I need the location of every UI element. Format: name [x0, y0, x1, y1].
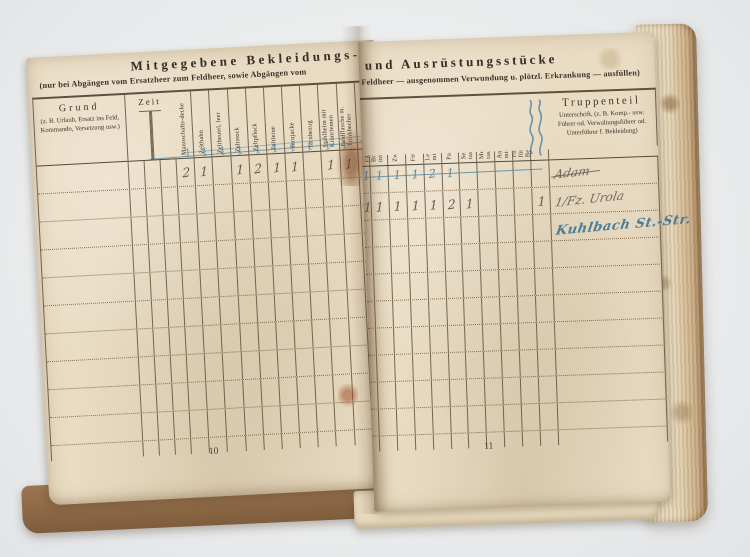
grund-sublabel: (z. B. Urlaub, Ersatz ins Feld, Kommando… — [34, 111, 126, 137]
item-cell — [325, 207, 345, 235]
grund-cell — [41, 246, 134, 278]
truppenteil-cell — [553, 265, 663, 295]
zeit-cell — [168, 299, 185, 327]
item-cell — [411, 300, 430, 327]
item-cell: 1 — [532, 187, 551, 214]
item-cell — [196, 185, 216, 213]
item-cell — [311, 291, 331, 319]
truppenteil-cell — [555, 318, 665, 348]
item-cell — [462, 217, 481, 244]
item-cell — [416, 435, 434, 451]
item-cell — [445, 244, 464, 271]
item-cell — [276, 321, 296, 349]
item-cell — [279, 377, 299, 405]
item-cell — [220, 296, 240, 324]
item-column-header: Fettbüchse — [406, 154, 424, 165]
item-cell — [479, 189, 498, 216]
item-column-label: Meldekarten-tasche — [478, 151, 493, 159]
zeit-cell — [137, 329, 154, 357]
right-table-header: Truppenteil Unterschrift, (z. B. Komp.- … — [360, 90, 658, 167]
truppenteil-cell: 1/Fz. Urola — [550, 184, 660, 214]
item-cell — [203, 325, 223, 353]
item-cell — [208, 409, 228, 437]
item-cell: 2 — [424, 164, 443, 191]
item-cell — [214, 184, 234, 212]
item-cell — [258, 322, 278, 350]
zeit-cell — [132, 217, 149, 245]
item-cell — [397, 408, 416, 435]
item-cell — [179, 214, 199, 242]
handwritten-count: 2 — [182, 164, 190, 180]
item-cell — [329, 291, 349, 319]
item-cell — [223, 352, 243, 380]
handwritten-count: 2 — [254, 160, 262, 176]
grund-column-header: Grund (z. B. Urlaub, Ersatz ins Feld, Ko… — [33, 95, 128, 166]
zeit-cell — [165, 243, 182, 271]
item-column-header: Anschnallspor. mit Riemen — [495, 150, 513, 161]
item-cell — [333, 374, 353, 402]
item-cell — [486, 405, 505, 432]
item-cell — [539, 376, 558, 403]
truppenteil-sublabel: Unterschrift, (z. B. Komp.- usw. Führer … — [547, 106, 656, 139]
item-cell — [238, 295, 258, 323]
item-cell — [466, 352, 485, 379]
item-cell — [501, 324, 520, 351]
item-cell — [278, 349, 298, 377]
item-cell — [426, 218, 445, 245]
item-cell — [299, 404, 319, 432]
item-cell — [519, 323, 538, 350]
zeit-cell — [174, 411, 191, 439]
item-cell — [484, 351, 503, 378]
item-cell — [232, 183, 252, 211]
handwritten-signature: Adam — [553, 164, 591, 182]
item-cell — [235, 239, 255, 267]
page-number-left: 10 — [209, 446, 219, 456]
item-cell — [496, 162, 515, 189]
item-cell — [291, 264, 311, 292]
item-column-label: Fettbüchse — [410, 154, 418, 162]
item-cell — [293, 292, 313, 320]
item-cell — [513, 161, 532, 188]
item-cell — [450, 406, 469, 433]
item-column-label: Patronentasche — [445, 152, 453, 160]
grund-cell — [44, 302, 137, 334]
zeit-cell — [142, 413, 159, 441]
item-cell — [448, 325, 467, 352]
item-cell: 1 — [388, 165, 407, 192]
handwritten-count: 2 — [429, 166, 437, 182]
item-cell — [393, 300, 412, 327]
item-cell — [541, 430, 559, 446]
handwritten-count: 1 — [236, 161, 244, 177]
item-column-label: Seitengewehr-tasche — [460, 152, 475, 160]
zeit-cell — [145, 160, 162, 188]
zeit-cell — [169, 327, 186, 355]
item-cell — [481, 243, 500, 270]
truppenteil-cell: Adam — [549, 157, 659, 187]
item-cell — [216, 212, 236, 240]
item-cell — [332, 346, 352, 374]
item-cell — [500, 297, 519, 324]
item-cell — [517, 269, 536, 296]
item-cell — [449, 352, 468, 379]
item-column-header: Meldekarten-tasche — [477, 151, 495, 162]
item-cell — [234, 211, 254, 239]
item-cell — [264, 434, 283, 450]
item-cell — [280, 405, 300, 433]
item-cell: 1 — [461, 190, 480, 217]
item-cell — [518, 296, 537, 323]
handwritten-count: 1 — [411, 166, 419, 182]
item-cell — [256, 294, 276, 322]
item-cell: 1 — [442, 164, 461, 191]
item-cell — [243, 379, 263, 407]
item-cell — [531, 160, 550, 187]
item-cell — [181, 242, 201, 270]
item-cell — [199, 241, 219, 269]
item-cell — [323, 179, 343, 207]
item-cell — [294, 320, 314, 348]
zeit-cell — [134, 273, 151, 301]
zeit-cell — [133, 245, 150, 273]
item-cell — [226, 408, 246, 436]
item-cell — [432, 380, 451, 407]
zeit-cell — [136, 301, 153, 329]
item-cell — [259, 350, 279, 378]
item-column-header: Zwiebackbeutel — [388, 154, 406, 165]
truppenteil-cell: Kuhlbach St.-Str. — [551, 211, 661, 241]
item-cell — [429, 299, 448, 326]
handwritten-count: 1 — [394, 198, 402, 214]
item-cell — [318, 431, 337, 447]
item-cell — [463, 244, 482, 271]
item-cell — [269, 182, 289, 210]
item-cell — [480, 216, 499, 243]
item-cell — [315, 375, 335, 403]
zeit-cell — [146, 188, 163, 216]
item-cell — [499, 270, 518, 297]
item-cell — [305, 180, 325, 208]
item-cell — [515, 215, 534, 242]
zeit-cell — [149, 244, 166, 272]
item-cell — [178, 186, 198, 214]
item-cell — [516, 242, 535, 269]
item-cell — [300, 432, 319, 448]
item-cell — [432, 407, 451, 434]
truppenteil-column-header: Truppenteil Unterschrift, (z. B. Komp.- … — [547, 90, 658, 150]
item-cell: 2 — [443, 191, 462, 218]
item-cell — [520, 350, 539, 377]
item-cell — [460, 163, 479, 190]
item-cell — [521, 377, 540, 404]
item-cell — [282, 433, 301, 449]
item-cell — [431, 353, 450, 380]
item-column-label: Leibriemen mit Schloß — [424, 153, 439, 161]
item-cell — [287, 181, 307, 209]
item-cell — [485, 378, 504, 405]
zeit-cell — [153, 328, 170, 356]
item-cell — [465, 325, 484, 352]
item-cell — [446, 271, 465, 298]
item-cell — [270, 209, 290, 237]
item-cell — [222, 324, 242, 352]
truppenteil-cell — [557, 372, 667, 402]
zeit-subcolumns: TagMonatJahr — [148, 112, 154, 160]
item-cell — [478, 162, 497, 189]
item-cell — [184, 298, 204, 326]
item-cell — [237, 267, 257, 295]
item-cell — [275, 293, 295, 321]
zeit-label: Zeit — [138, 93, 161, 112]
scanned-booklet-spread: Mitgegebene Bekleidungs- (nur bei Abgäng… — [0, 0, 750, 557]
item-cell — [414, 381, 433, 408]
truppenteil-cell — [554, 292, 664, 322]
item-cell — [201, 269, 221, 297]
right-table: Truppenteil Unterschrift, (z. B. Komp.- … — [360, 88, 668, 452]
handwritten-blue-annotation — [524, 95, 548, 158]
handwritten-count: 1 — [393, 167, 401, 183]
item-cell — [412, 327, 431, 354]
item-cell — [430, 326, 449, 353]
item-cell — [255, 266, 275, 294]
item-cell — [309, 263, 329, 291]
item-cell — [288, 209, 308, 237]
zeit-cell — [166, 271, 183, 299]
grund-cell — [40, 218, 133, 250]
item-cell — [540, 403, 559, 430]
zeit-cell — [156, 384, 173, 412]
zeit-cell — [129, 161, 146, 189]
item-cell — [241, 351, 261, 379]
item-cell — [244, 407, 264, 435]
item-column-label: Zwiebackbeutel — [392, 154, 400, 162]
item-cell — [202, 297, 222, 325]
item-cell — [451, 433, 469, 449]
item-cell — [394, 327, 413, 354]
handwritten-count: 1 — [273, 159, 281, 175]
item-cell — [308, 236, 328, 264]
left-page: Mitgegebene Bekleidungs- (nur bei Abgäng… — [26, 40, 397, 506]
item-cell: 1 — [406, 165, 425, 192]
item-cell — [483, 324, 502, 351]
item-cell — [182, 270, 202, 298]
item-cell — [444, 217, 463, 244]
item-cell — [190, 410, 210, 438]
item-cell — [395, 354, 414, 381]
truppenteil-cell — [556, 345, 666, 375]
item-cell — [468, 406, 487, 433]
zeit-column-group: Zeit TagMonatJahr — [125, 92, 176, 160]
item-cell — [390, 219, 409, 246]
item-column-header: Leibriemen mit Schloß — [424, 153, 442, 164]
handwritten-signature: 1/Fz. Urola — [554, 188, 626, 209]
zeit-cell — [171, 355, 188, 383]
item-cell — [272, 237, 292, 265]
zeit-cell — [139, 357, 156, 385]
zeit-cell — [163, 215, 180, 243]
item-cell — [467, 379, 486, 406]
handwritten-count: 1 — [291, 158, 299, 174]
item-cell: 1 — [425, 191, 444, 218]
item-cell — [326, 235, 346, 263]
zeit-cell — [172, 383, 189, 411]
handwritten-count: 1 — [466, 195, 474, 211]
item-cell — [433, 434, 451, 450]
item-cell — [187, 354, 207, 382]
handwritten-count: 1 — [200, 163, 208, 179]
item-cell — [297, 376, 317, 404]
item-cell — [503, 378, 522, 405]
truppenteil-cell — [559, 426, 668, 445]
item-cell — [415, 408, 434, 435]
handwritten-count: 1 — [412, 197, 420, 213]
handwritten-count: 1 — [537, 193, 545, 209]
item-cell — [449, 379, 468, 406]
zeit-cell — [161, 159, 178, 187]
item-cell: 1 — [389, 192, 408, 219]
item-cell — [240, 323, 260, 351]
item-cell — [464, 271, 483, 298]
item-cell — [185, 326, 205, 354]
zeit-cell — [140, 385, 157, 413]
item-cell — [206, 381, 226, 409]
zeit-cell — [155, 356, 172, 384]
item-cell — [391, 246, 410, 273]
item-cell — [537, 322, 556, 349]
grund-cell — [43, 274, 136, 306]
zeit-cell — [175, 439, 192, 455]
zeit-cell — [159, 440, 176, 456]
item-cell — [427, 245, 446, 272]
item-cell — [191, 438, 210, 454]
item-column-label: Anschnallspor. mit Riemen — [496, 150, 511, 158]
item-cell — [408, 219, 427, 246]
item-cell — [482, 297, 501, 324]
item-cell — [413, 354, 432, 381]
item-cell — [205, 353, 225, 381]
handwritten-count: 1 — [447, 165, 455, 181]
handwritten-count: 2 — [448, 196, 456, 212]
item-cell: 1 — [407, 192, 426, 219]
item-cell — [252, 210, 272, 238]
item-cell — [538, 349, 557, 376]
grund-cell — [48, 385, 141, 417]
item-cell — [262, 406, 282, 434]
item-cell — [396, 381, 415, 408]
item-cell — [312, 319, 332, 347]
item-cell — [498, 243, 517, 270]
zeit-cell — [143, 441, 160, 457]
item-cell — [261, 378, 281, 406]
item-cell — [188, 382, 208, 410]
item-column-header: Patronentasche — [442, 152, 460, 163]
item-cell — [225, 380, 245, 408]
truppenteil-cell — [552, 238, 662, 268]
item-cell — [314, 347, 334, 375]
item-cell — [246, 435, 265, 451]
item-cell — [296, 348, 316, 376]
item-cell — [535, 268, 554, 295]
item-column-header: Seitengewehr-tasche — [459, 152, 477, 163]
item-cell — [198, 213, 218, 241]
item-cell — [219, 268, 239, 296]
grund-cell — [50, 413, 143, 445]
grund-cell — [45, 330, 138, 362]
item-cell — [335, 402, 355, 430]
truppenteil-cell — [558, 399, 668, 429]
zeit-cell — [130, 189, 147, 217]
item-cell — [251, 182, 271, 210]
grund-cell — [37, 162, 130, 194]
right-page-title: und Ausrüstungsstücke — [365, 51, 558, 74]
item-cell — [392, 273, 411, 300]
item-cell — [504, 404, 523, 431]
item-cell — [481, 270, 500, 297]
zeit-cell — [152, 300, 169, 328]
zeit-cell — [162, 187, 179, 215]
item-cell — [523, 431, 541, 447]
grund-cell — [38, 190, 131, 222]
left-table-body: 211211111 — [37, 149, 392, 461]
page-number-right: 11 — [484, 442, 493, 452]
zeit-cell — [150, 272, 167, 300]
item-cell — [336, 430, 355, 446]
item-cell — [290, 236, 310, 264]
item-cell — [428, 272, 447, 299]
handwritten-count: 1 — [430, 196, 438, 212]
item-cell — [331, 318, 351, 346]
item-cell — [273, 265, 293, 293]
grund-cell — [47, 358, 140, 390]
item-cell — [514, 188, 533, 215]
item-cell — [522, 404, 541, 431]
item-cell — [227, 436, 246, 452]
zeit-cell — [147, 216, 164, 244]
item-cell — [317, 403, 337, 431]
item-cell — [534, 241, 553, 268]
item-cell — [502, 351, 521, 378]
item-cell — [254, 238, 274, 266]
item-cell — [447, 298, 466, 325]
item-cell — [328, 263, 348, 291]
right-page: und Ausrüstungsstücke Feldheer — ausgeno… — [358, 32, 670, 512]
item-cell — [533, 214, 552, 241]
item-cell — [497, 216, 516, 243]
item-cell — [497, 189, 516, 216]
item-cell — [217, 240, 237, 268]
item-cell — [398, 435, 416, 451]
right-table-body: 111121Adam111112111/Fz. UrolaKuhlbach St… — [362, 157, 668, 452]
item-cell — [536, 295, 555, 322]
zeit-cell — [158, 412, 175, 440]
item-cell — [410, 273, 429, 300]
item-cell — [307, 208, 327, 236]
item-cell — [464, 298, 483, 325]
item-cell — [409, 246, 428, 273]
handwritten-count: 1 — [327, 156, 335, 172]
item-cell — [505, 431, 523, 447]
